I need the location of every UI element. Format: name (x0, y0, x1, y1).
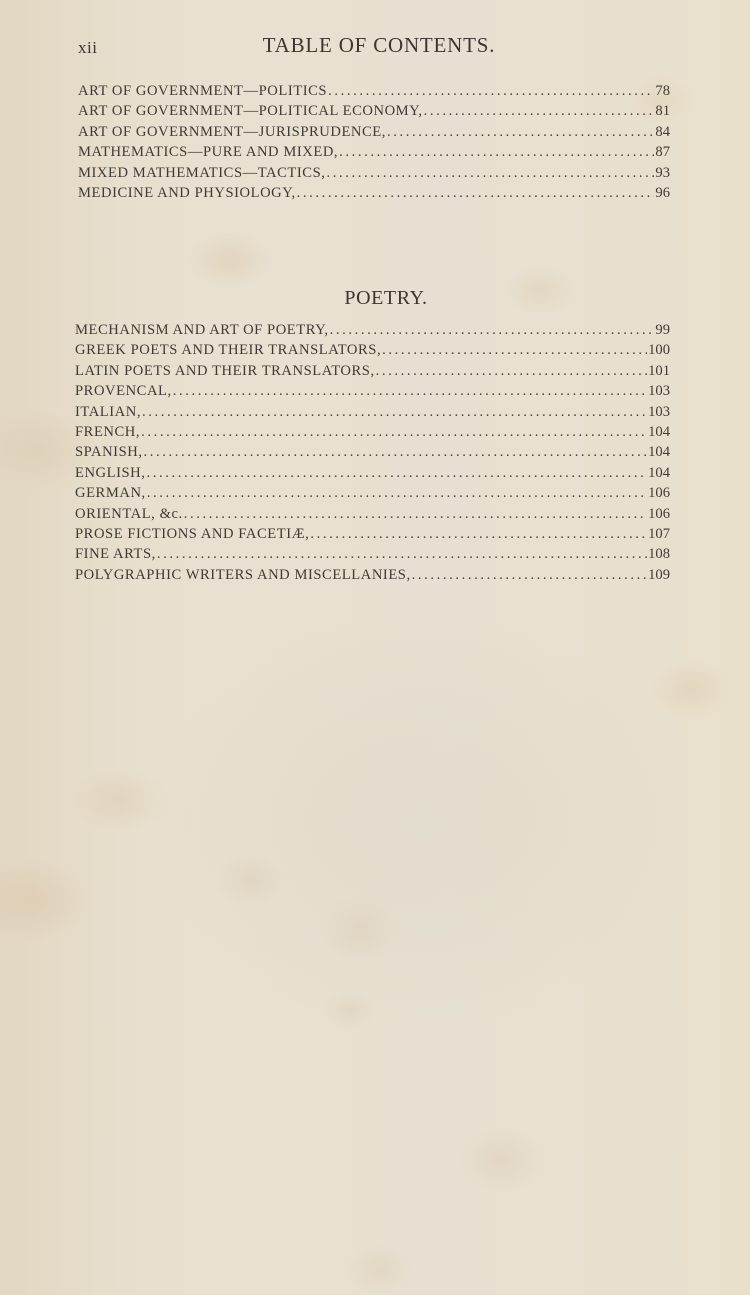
toc-list-continued: ART OF GOVERNMENT—POLITICS 78 ART OF GOV… (78, 81, 670, 203)
toc-entry: ORIENTAL, &c. 106 (75, 504, 670, 524)
toc-entry: MIXED MATHEMATICS—TACTICS, 93 (78, 163, 670, 183)
toc-entry-page: 104 (648, 422, 670, 442)
toc-entry-page: 103 (648, 381, 670, 401)
toc-entry-title: FRENCH, (75, 422, 140, 442)
toc-entry: PROVENCAL, 103 (75, 381, 670, 401)
toc-entry-title: MATHEMATICS—PURE AND MIXED, (78, 142, 338, 162)
toc-entry-page: 96 (655, 183, 670, 203)
toc-entry: GERMAN, 106 (75, 483, 670, 503)
section-heading-poetry: POETRY. (0, 287, 750, 310)
toc-entry-page: 104 (648, 463, 670, 483)
dot-leader (141, 422, 647, 442)
toc-entry: PROSE FICTIONS AND FACETIÆ, 107 (75, 524, 670, 544)
toc-entry-page: 93 (655, 163, 670, 183)
toc-entry: LATIN POETS AND THEIR TRANSLATORS, 101 (75, 361, 670, 381)
dot-leader (142, 402, 647, 422)
toc-entry-title: PROSE FICTIONS AND FACETIÆ, (75, 524, 309, 544)
toc-entry-page: 106 (648, 483, 670, 503)
toc-entry-page: 106 (648, 504, 670, 524)
toc-entry-page: 108 (648, 544, 670, 564)
toc-entry-page: 81 (655, 101, 670, 121)
toc-entry-page: 87 (655, 142, 670, 162)
toc-entry: ART OF GOVERNMENT—JURISPRUDENCE, 84 (78, 122, 670, 142)
toc-entry-title: GREEK POETS AND THEIR TRANSLATORS, (75, 340, 381, 360)
toc-entry: SPANISH, 104 (75, 442, 670, 462)
dot-leader (297, 183, 655, 203)
dot-leader (173, 381, 647, 401)
dot-leader (157, 544, 647, 564)
book-page: xii TABLE OF CONTENTS. ART OF GOVERNMENT… (0, 0, 750, 1295)
toc-entry-page: 78 (655, 81, 670, 101)
toc-entry-title: ITALIAN, (75, 402, 141, 422)
dot-leader (146, 463, 647, 483)
toc-entry-title: PROVENCAL, (75, 381, 172, 401)
toc-entry-title: MECHANISM AND ART OF POETRY, (75, 320, 329, 340)
dot-leader (144, 442, 648, 462)
toc-entry: ART OF GOVERNMENT—POLITICS 78 (78, 81, 670, 101)
toc-entry-title: POLYGRAPHIC WRITERS AND MISCELLANIES, (75, 565, 411, 585)
dot-leader (424, 101, 655, 121)
dot-leader (376, 361, 647, 381)
toc-entry-title: FINE ARTS, (75, 544, 156, 564)
page-header: xii TABLE OF CONTENTS. (78, 33, 672, 63)
toc-entry: MEDICINE AND PHYSIOLOGY, 96 (78, 183, 670, 203)
toc-entry-title: ENGLISH, (75, 463, 145, 483)
dot-leader (382, 340, 647, 360)
toc-entry: MECHANISM AND ART OF POETRY, 99 (75, 320, 670, 340)
toc-entry: ITALIAN, 103 (75, 402, 670, 422)
toc-entry-title: ART OF GOVERNMENT—JURISPRUDENCE, (78, 122, 386, 142)
toc-entry-title: ART OF GOVERNMENT—POLITICAL ECONOMY, (78, 101, 423, 121)
dot-leader (387, 122, 654, 142)
toc-entry: ENGLISH, 104 (75, 463, 670, 483)
toc-entry-title: MEDICINE AND PHYSIOLOGY, (78, 183, 296, 203)
toc-entry-page: 109 (648, 565, 670, 585)
dot-leader (328, 81, 654, 101)
toc-entry-title: SPANISH, (75, 442, 143, 462)
toc-list-poetry: MECHANISM AND ART OF POETRY, 99 GREEK PO… (75, 320, 670, 585)
toc-entry-page: 103 (648, 402, 670, 422)
dot-leader (184, 504, 647, 524)
toc-entry: MATHEMATICS—PURE AND MIXED, 87 (78, 142, 670, 162)
dot-leader (326, 163, 654, 183)
dot-leader (310, 524, 647, 544)
dot-leader (147, 483, 647, 503)
dot-leader (330, 320, 655, 340)
dot-leader (412, 565, 647, 585)
toc-entry: FINE ARTS, 108 (75, 544, 670, 564)
toc-entry-page: 100 (648, 340, 670, 360)
toc-entry-page: 84 (655, 122, 670, 142)
toc-entry: GREEK POETS AND THEIR TRANSLATORS, 100 (75, 340, 670, 360)
dot-leader (339, 142, 654, 162)
running-title: TABLE OF CONTENTS. (78, 33, 672, 58)
toc-entry-page: 107 (648, 524, 670, 544)
toc-entry: ART OF GOVERNMENT—POLITICAL ECONOMY, 81 (78, 101, 670, 121)
toc-entry-title: GERMAN, (75, 483, 146, 503)
toc-entry-page: 101 (648, 361, 670, 381)
toc-entry-title: ART OF GOVERNMENT—POLITICS (78, 81, 327, 101)
toc-entry-page: 99 (655, 320, 670, 340)
toc-entry-title: ORIENTAL, &c. (75, 504, 183, 524)
toc-entry: FRENCH, 104 (75, 422, 670, 442)
toc-entry: POLYGRAPHIC WRITERS AND MISCELLANIES, 10… (75, 565, 670, 585)
toc-entry-title: LATIN POETS AND THEIR TRANSLATORS, (75, 361, 375, 381)
toc-entry-title: MIXED MATHEMATICS—TACTICS, (78, 163, 325, 183)
toc-entry-page: 104 (648, 442, 670, 462)
